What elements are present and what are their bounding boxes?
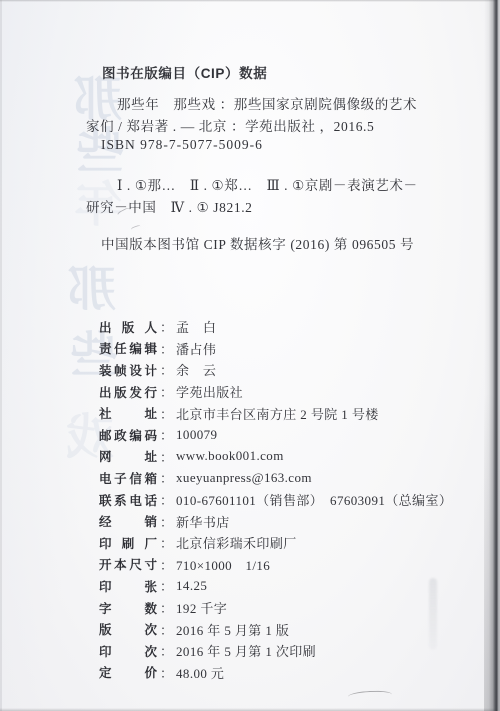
colophon-row-wordcount: 字 数：192 千字 [99, 597, 452, 619]
colophon-row-publisher-person: 出 版 人：孟 白 [99, 316, 452, 338]
colophon-value: xueyuanpress@163.com [176, 470, 312, 486]
colophon-row-website: 网 址：www.book001.com [99, 446, 452, 468]
colophon-value: 100079 [176, 427, 217, 443]
bleed-through-character: 那 [68, 266, 116, 314]
colophon-value: 学苑出版社 [176, 382, 243, 401]
book-title-line-2: 家们 / 郑岩著 . — 北京 ：学苑出版社 ，2016.5 [86, 115, 374, 135]
colophon-label: 出版发行 [99, 383, 157, 401]
colophon-separator: ： [160, 533, 173, 552]
colophon-value: 48.00 元 [176, 663, 224, 682]
colophon-label: 网 址 [99, 447, 157, 465]
colophon-label: 经 销 [99, 512, 157, 530]
colophon-value: 14.25 [176, 578, 207, 594]
colophon-label: 定 价 [99, 663, 157, 681]
cip-record-number: 中国版本图书馆 CIP 数据核字 (2016) 第 096505 号 [101, 233, 414, 253]
colophon-label: 装帧设计 [99, 361, 157, 379]
scan-smudge [429, 578, 437, 650]
colophon-value: 新华书店 [176, 512, 230, 531]
colophon-value: 2016 年 5 月第 1 版 [176, 620, 289, 639]
page-edge-top [0, 0, 500, 2]
colophon-row-designer: 装帧设计：余 云 [99, 359, 452, 381]
classification-line-2: 研究－中国 Ⅳ . ① J821.2 [86, 196, 253, 216]
colophon-label: 出 版 人 [99, 318, 157, 336]
colophon-label: 印 刷 厂 [99, 534, 157, 552]
colophon-label: 社 址 [99, 404, 157, 422]
colophon-separator: ： [160, 339, 173, 358]
colophon-separator: ： [160, 620, 173, 639]
colophon-label: 开本尺寸 [99, 555, 157, 573]
colophon-row-format: 开本尺寸：710×1000 1/16 [99, 554, 452, 576]
pencil-arc-mark [348, 690, 392, 701]
colophon-row-editor: 责任编辑：潘占伟 [99, 338, 452, 360]
colophon-value: 710×1000 1/16 [176, 555, 270, 574]
colophon-value: www.book001.com [176, 448, 284, 464]
colophon-label: 邮政编码 [99, 426, 157, 444]
colophon-label: 印 张 [99, 577, 157, 595]
cip-header: 图书在版编目（CIP）数据 [102, 62, 267, 82]
colophon-separator: ： [160, 425, 173, 444]
colophon-row-publisher: 出版发行：学苑出版社 [99, 381, 452, 403]
colophon-separator: ： [160, 468, 173, 487]
colophon-label: 联系电话 [99, 491, 157, 509]
scanned-book-copyright-page: 那 些 年 那 些 戏 图书在版编目（CIP）数据 那些年 那些戏 ：那些国家京… [0, 0, 500, 711]
pencil-scribble-mark [130, 224, 141, 232]
colophon-separator: ： [160, 360, 173, 379]
colophon-separator: ： [160, 512, 173, 531]
colophon-row-edition: 版 次：2016 年 5 月第 1 版 [99, 618, 452, 640]
book-title-line-1: 那些年 那些戏 ：那些国家京剧院偶像级的艺术 [117, 93, 417, 113]
colophon-separator: ： [160, 404, 173, 423]
colophon-row-email: 电子信箱：xueyuanpress@163.com [99, 467, 452, 489]
colophon-separator: ： [160, 576, 173, 595]
colophon-row-phone: 联系电话：010-67601101（销售部） 67603091（总编室） [99, 489, 452, 511]
isbn-line: ISBN 978-7-5077-5009-6 [101, 137, 263, 153]
page-spine-edge [484, 0, 500, 711]
colophon-separator: ： [160, 317, 173, 336]
colophon-block: 出 版 人：孟 白 责任编辑：潘占伟 装帧设计：余 云 出版发行：学苑出版社 社… [99, 316, 452, 683]
colophon-row-postcode: 邮政编码：100079 [99, 424, 452, 446]
colophon-row-price: 定 价：48.00 元 [99, 662, 452, 684]
colophon-row-distributor: 经 销：新华书店 [99, 510, 452, 532]
colophon-separator: ： [160, 555, 173, 574]
colophon-value: 2016 年 5 月第 1 次印刷 [176, 641, 316, 660]
colophon-value: 余 云 [176, 360, 216, 379]
classification-line-1: Ⅰ . ①那… Ⅱ . ①郑… Ⅲ . ①京剧－表演艺术－ [117, 174, 418, 194]
colophon-label: 电子信箱 [99, 469, 157, 487]
colophon-separator: ： [160, 490, 173, 509]
colophon-value: 潘占伟 [176, 339, 216, 358]
colophon-row-sheets: 印 张：14.25 [99, 575, 452, 597]
colophon-value: 010-67601101（销售部） 67603091（总编室） [176, 490, 452, 509]
colophon-label: 字 数 [99, 599, 157, 617]
colophon-value: 北京市丰台区南方庄 2 号院 1 号楼 [176, 404, 379, 423]
colophon-label: 印 次 [99, 642, 157, 660]
colophon-row-address: 社 址：北京市丰台区南方庄 2 号院 1 号楼 [99, 402, 452, 424]
colophon-row-printer: 印 刷 厂：北京信彩瑞禾印刷厂 [99, 532, 452, 554]
colophon-separator: ： [160, 382, 173, 401]
colophon-separator: ： [160, 641, 173, 660]
colophon-label: 责任编辑 [99, 339, 157, 357]
colophon-separator: ： [160, 447, 173, 466]
colophon-value: 北京信彩瑞禾印刷厂 [176, 533, 297, 552]
page-edge-left [0, 0, 2, 711]
colophon-value: 孟 白 [176, 317, 216, 336]
colophon-row-printing: 印 次：2016 年 5 月第 1 次印刷 [99, 640, 452, 662]
colophon-separator: ： [160, 598, 173, 617]
colophon-label: 版 次 [99, 620, 157, 638]
colophon-value: 192 千字 [176, 598, 227, 617]
colophon-separator: ： [160, 663, 173, 682]
